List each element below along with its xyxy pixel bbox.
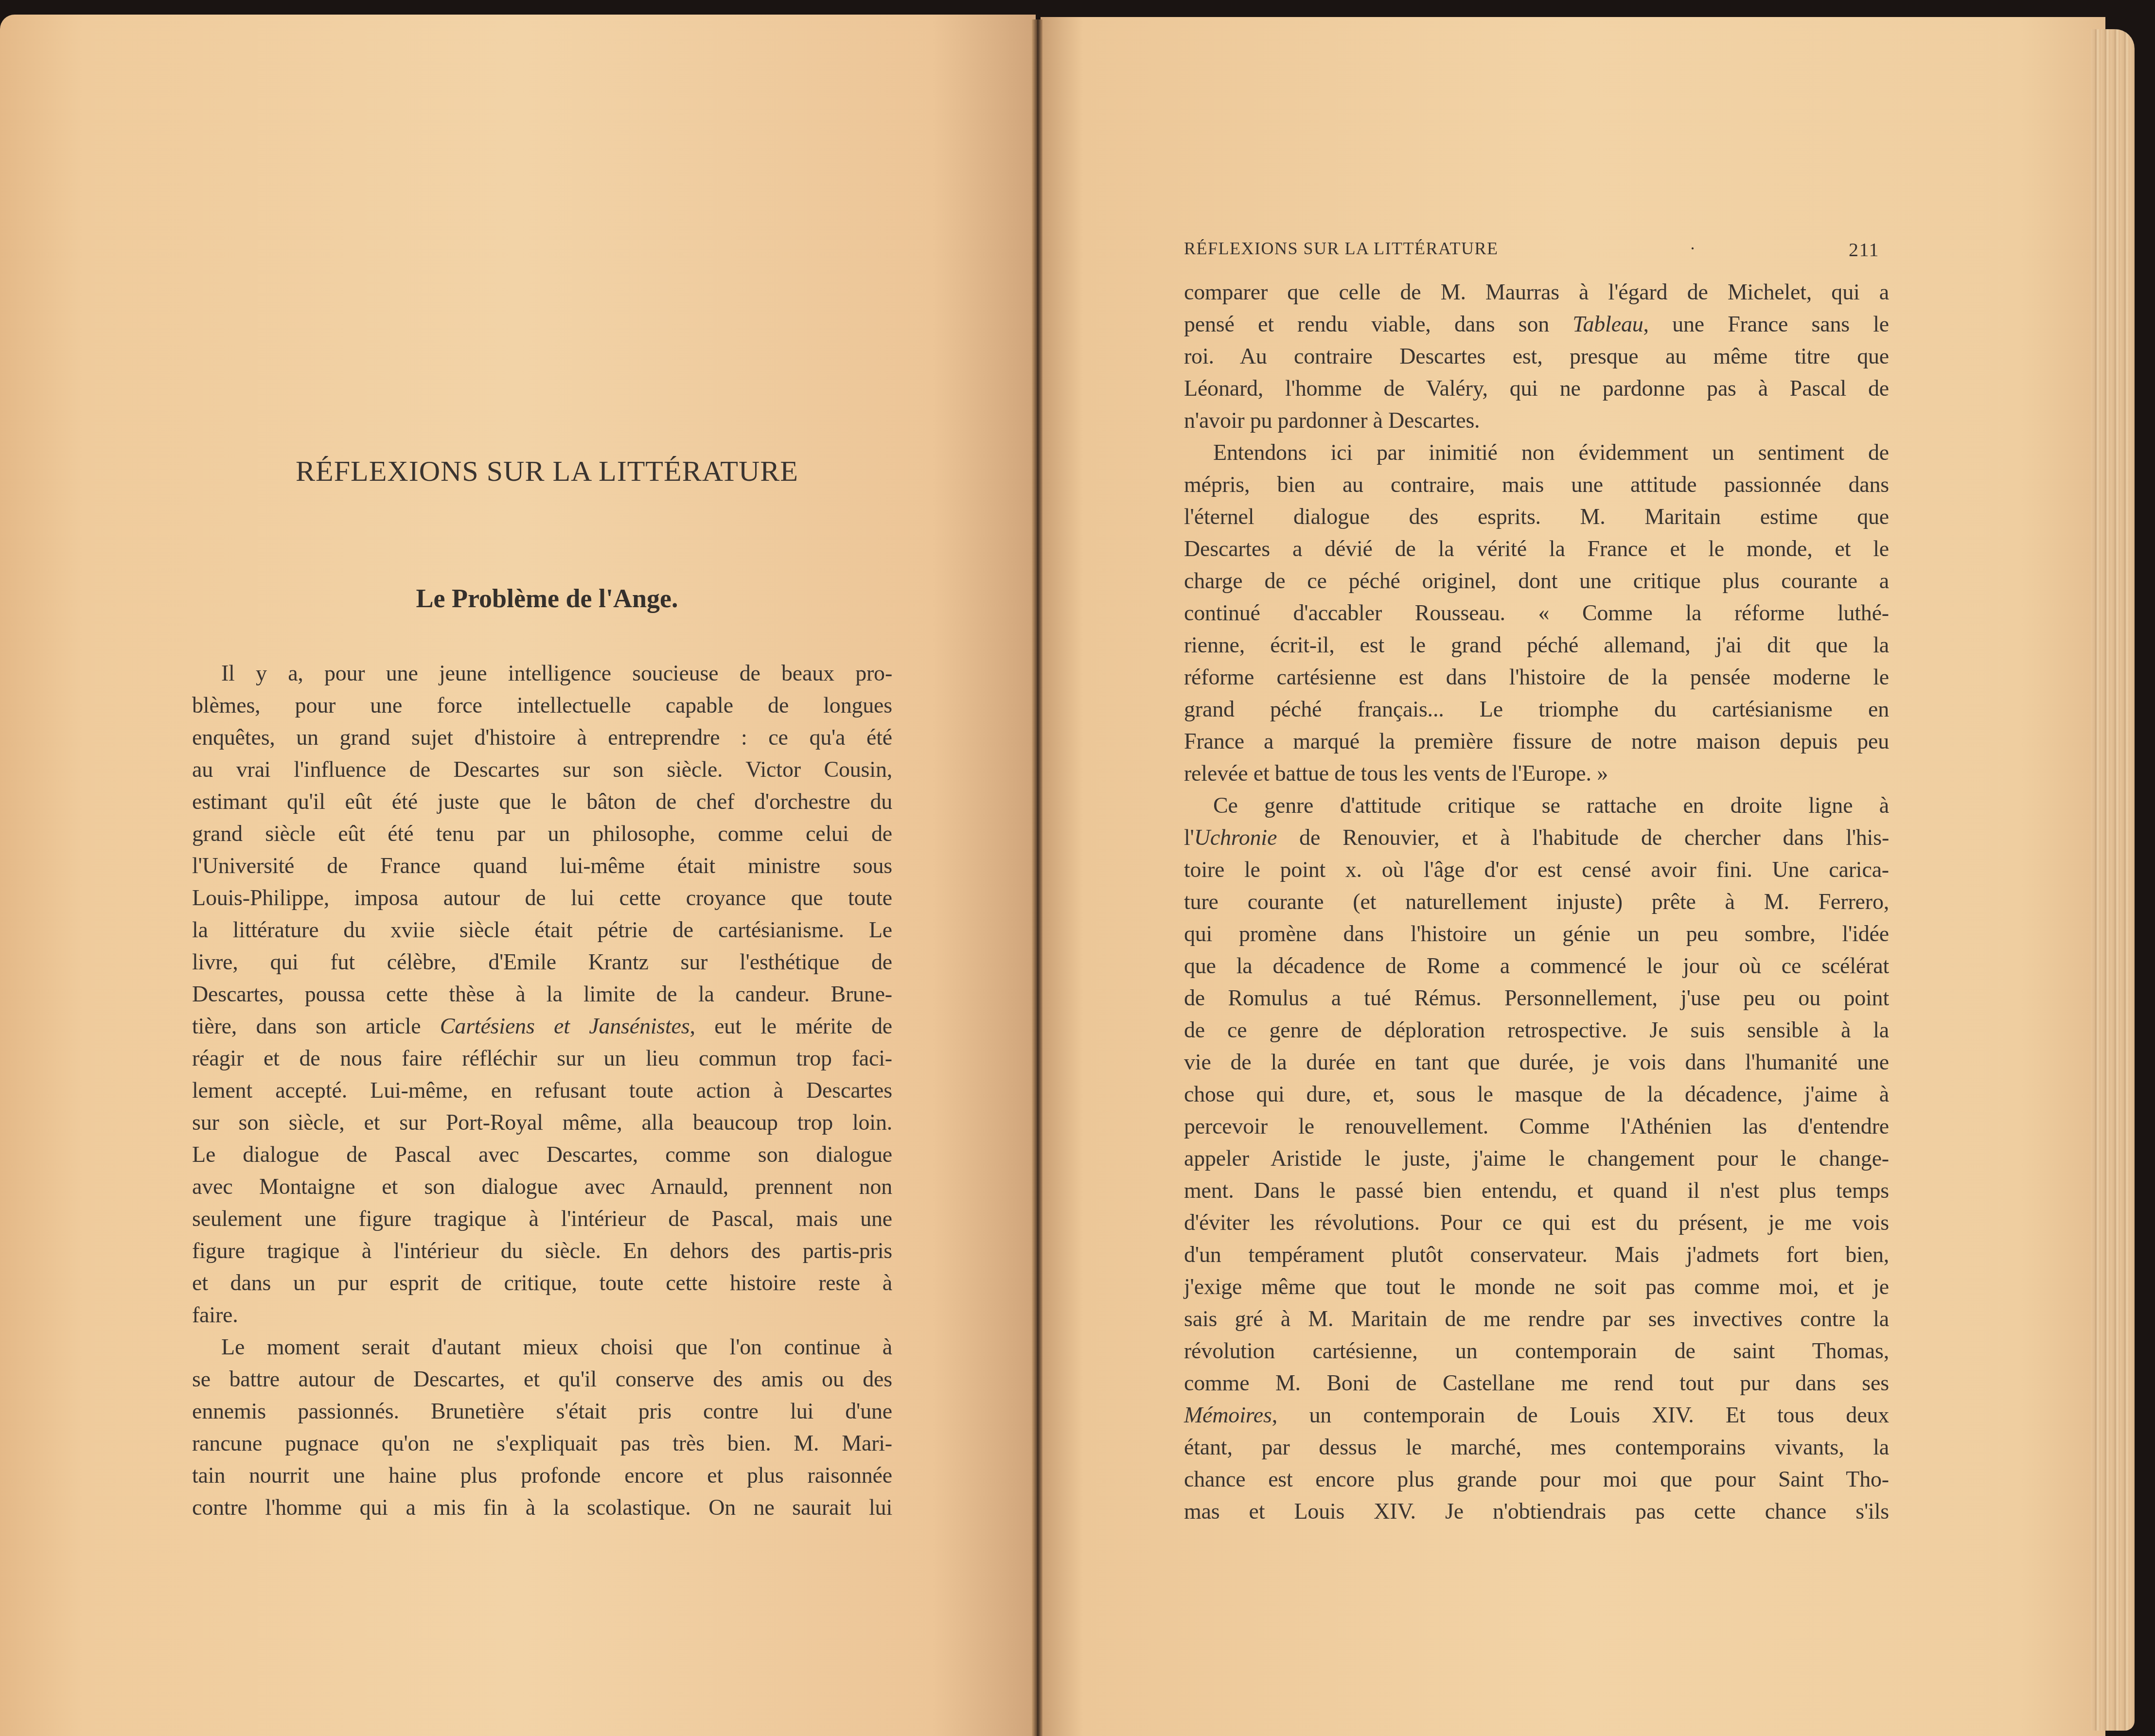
text-line: l'éternel dialogue des esprits. M. Marit… bbox=[1184, 501, 1889, 533]
text-line: Descartes a dévié de la vérité la France… bbox=[1184, 533, 1889, 565]
text-line: révolution cartésienne, un contemporain … bbox=[1184, 1335, 1889, 1367]
text-line: vie de la durée en tant que durée, je vo… bbox=[1184, 1046, 1889, 1078]
text-line: grand siècle eût été tenu par un philoso… bbox=[192, 818, 892, 850]
text-line: au vrai l'influence de Descartes sur son… bbox=[192, 754, 892, 786]
text-line: réagir et de nous faire réfléchir sur un… bbox=[192, 1042, 892, 1074]
text-line: de Romulus a tué Rémus. Personnellement,… bbox=[1184, 982, 1889, 1014]
text-line: contre l'homme qui a mis fin à la scolas… bbox=[192, 1491, 892, 1524]
text-line: France a marqué la première fissure de n… bbox=[1184, 725, 1889, 757]
text-line: ennemis passionnés. Brunetière s'était p… bbox=[192, 1395, 892, 1427]
text-line: Léonard, l'homme de Valéry, qui ne pardo… bbox=[1184, 372, 1889, 404]
text-line: l'Université de France quand lui-même ét… bbox=[192, 850, 892, 882]
text-line: étant, par dessus le marché, mes contemp… bbox=[1184, 1431, 1889, 1463]
text-line: estimant qu'il eût été juste que le bâto… bbox=[192, 786, 892, 818]
text-line: lement accepté. Lui-même, en refusant to… bbox=[192, 1074, 892, 1106]
running-head: RÉFLEXIONS SUR LA LITTÉRATURE · 211 bbox=[1184, 238, 1889, 263]
text-line: rancune pugnace qu'on ne s'expliquait pa… bbox=[192, 1427, 892, 1459]
text-line: sais gré à M. Maritain de me rendre par … bbox=[1184, 1303, 1889, 1335]
text-line: mépris, bien au contraire, mais une atti… bbox=[1184, 469, 1889, 501]
page-stack-edge bbox=[2091, 29, 2135, 1731]
running-head-separator: · bbox=[1690, 238, 1696, 259]
text-line: que la décadence de Rome a commencé le j… bbox=[1184, 950, 1889, 982]
right-page-body: comparer que celle de M. Maurras à l'éga… bbox=[1184, 276, 1889, 1521]
text-line: sur son siècle, et sur Port-Royal même, … bbox=[192, 1106, 892, 1139]
text-line: toire le point x. où l'âge d'or est cens… bbox=[1184, 854, 1889, 886]
text-line: faire. bbox=[192, 1299, 892, 1331]
text-line: rienne, écrit-il, est le grand péché all… bbox=[1184, 629, 1889, 661]
text-line: comparer que celle de M. Maurras à l'éga… bbox=[1184, 276, 1889, 308]
text-line: l'Uchronie de Renouvier, et à l'habitude… bbox=[1184, 822, 1889, 854]
text-line: mas et Louis XIV. Je n'obtiendrais pas c… bbox=[1184, 1495, 1889, 1527]
text-line: relevée et battue de tous les vents de l… bbox=[1184, 757, 1889, 789]
text-line: tière, dans son article Cartésiens et Ja… bbox=[192, 1010, 892, 1042]
text-line: et dans un pur esprit de critique, toute… bbox=[192, 1267, 892, 1299]
italic-title: Cartésiens et Jansénistes bbox=[440, 1014, 690, 1038]
text-line: enquêtes, un grand sujet d'histoire à en… bbox=[192, 721, 892, 754]
text-line: roi. Au contraire Descartes est, presque… bbox=[1184, 340, 1889, 372]
page-number: 211 bbox=[1849, 238, 1879, 261]
text-line: blèmes, pour une force intellectuelle ca… bbox=[192, 689, 892, 721]
text-line: appeler Aristide le juste, j'aime le cha… bbox=[1184, 1142, 1889, 1175]
chapter-title: Le Problème de l'Ange. bbox=[243, 583, 851, 614]
text-line: seulement une figure tragique à l'intéri… bbox=[192, 1203, 892, 1235]
text-line: d'un tempérament plutôt conservateur. Ma… bbox=[1184, 1239, 1889, 1271]
text-line: la littérature du xviie siècle était pét… bbox=[192, 914, 892, 946]
text-line: réforme cartésienne est dans l'histoire … bbox=[1184, 661, 1889, 693]
italic-title: Tableau bbox=[1572, 312, 1643, 336]
text-line: Entendons ici par inimitié non évidemmen… bbox=[1184, 437, 1889, 469]
text-line: livre, qui fut célèbre, d'Emile Krantz s… bbox=[192, 946, 892, 978]
text-line: figure tragique à l'intérieur du siècle.… bbox=[192, 1235, 892, 1267]
left-page-body: Il y a, pour une jeune intelligence souc… bbox=[192, 657, 892, 1416]
text-line: Louis-Philippe, imposa autour de lui cet… bbox=[192, 882, 892, 914]
text-line: Ce genre d'attitude critique se rattache… bbox=[1184, 789, 1889, 822]
book-title: RÉFLEXIONS SUR LA LITTÉRATURE bbox=[243, 455, 851, 488]
text-line: chose qui dure, et, sous le masque de la… bbox=[1184, 1078, 1889, 1110]
running-head-title: RÉFLEXIONS SUR LA LITTÉRATURE bbox=[1184, 238, 1499, 259]
text-line: Le dialogue de Pascal avec Descartes, co… bbox=[192, 1139, 892, 1171]
text-line: tain nourrit une haine plus profonde enc… bbox=[192, 1459, 892, 1491]
text-line: de ce genre de déploration retrospective… bbox=[1184, 1014, 1889, 1046]
text-line: d'éviter les révolutions. Pour ce qui es… bbox=[1184, 1207, 1889, 1239]
text-line: avec Montaigne et son dialogue avec Arna… bbox=[192, 1171, 892, 1203]
italic-title: Mémoires bbox=[1184, 1403, 1272, 1427]
text-line: se battre autour de Descartes, et qu'il … bbox=[192, 1363, 892, 1395]
text-line: chance est encore plus grande pour moi q… bbox=[1184, 1463, 1889, 1495]
text-line: percevoir le renouvellement. Comme l'Ath… bbox=[1184, 1110, 1889, 1142]
text-line: continué d'accabler Rousseau. « Comme la… bbox=[1184, 597, 1889, 629]
text-line: comme M. Boni de Castellane me rend tout… bbox=[1184, 1367, 1889, 1399]
text-line: n'avoir pu pardonner à Descartes. bbox=[1184, 404, 1889, 437]
italic-title: Uchronie bbox=[1194, 825, 1277, 850]
text-line: Descartes, poussa cette thèse à la limit… bbox=[192, 978, 892, 1010]
text-line: pensé et rendu viable, dans son Tableau,… bbox=[1184, 308, 1889, 340]
book-gutter bbox=[1032, 19, 1042, 1736]
text-line: Le moment serait d'autant mieux choisi q… bbox=[192, 1331, 892, 1363]
text-line: grand péché français... Le triomphe du c… bbox=[1184, 693, 1889, 725]
text-line: Mémoires, un contemporain de Louis XIV. … bbox=[1184, 1399, 1889, 1431]
text-line: ture courante (et naturellement injuste)… bbox=[1184, 886, 1889, 918]
text-line: ment. Dans le passé bien entendu, et qua… bbox=[1184, 1175, 1889, 1207]
text-line: j'exige même que tout le monde ne soit p… bbox=[1184, 1271, 1889, 1303]
text-line: Il y a, pour une jeune intelligence souc… bbox=[192, 657, 892, 689]
text-line: charge de ce péché originel, dont une cr… bbox=[1184, 565, 1889, 597]
text-line: qui promène dans l'histoire un génie un … bbox=[1184, 918, 1889, 950]
